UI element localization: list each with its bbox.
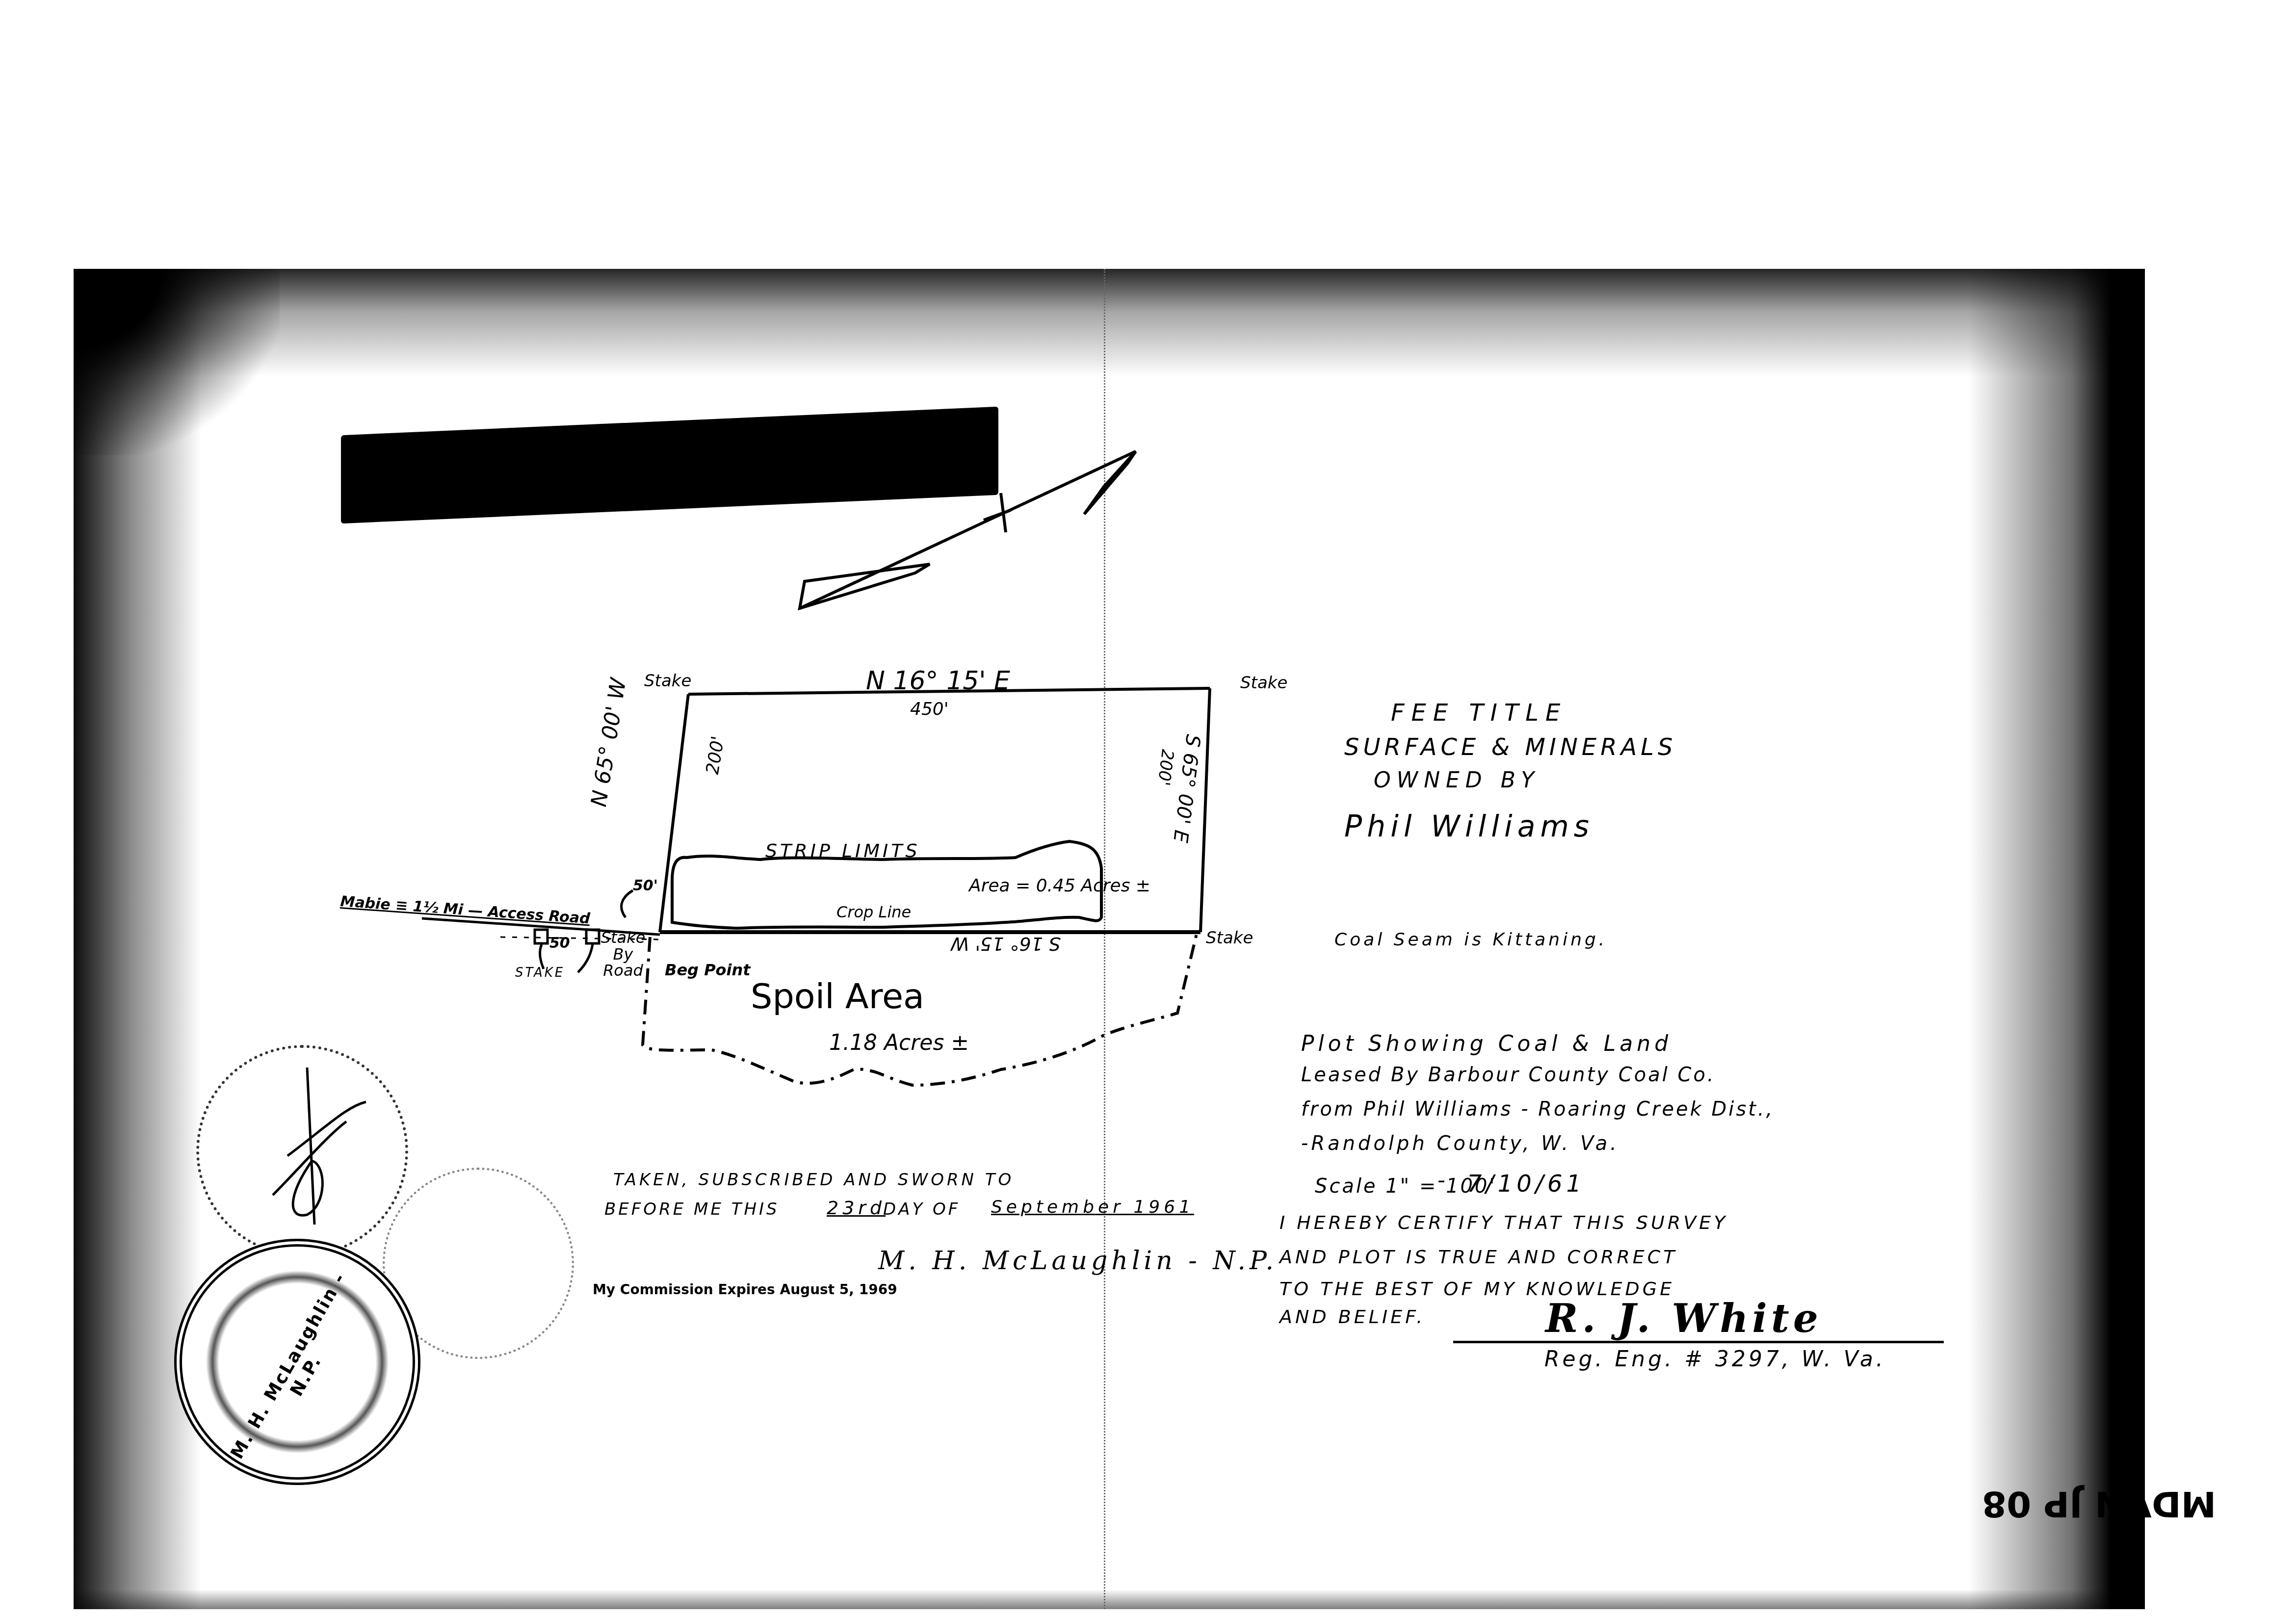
- owner-name: Phil Williams: [1344, 809, 1594, 844]
- surface-minerals-line: SURFACE & MINERALS: [1344, 733, 1677, 761]
- stake-by-road-label: Stake By Road: [599, 930, 648, 979]
- certification-line-1: I HEREBY CERTIFY THAT THIS SURVEY: [1279, 1212, 1728, 1233]
- notary-month-year: September 1961: [991, 1197, 1194, 1217]
- strip-area-label: Area = 0.45 Acres ±: [969, 876, 1150, 896]
- coal-seam-note: Coal Seam is Kittaning.: [1334, 930, 1607, 950]
- stake-label: STAKE: [515, 965, 565, 980]
- offset-label: 50': [633, 877, 658, 894]
- crop-line-label: Crop Line: [836, 903, 911, 921]
- plot-description-line-4: -Randolph County, W. Va.: [1301, 1132, 1619, 1155]
- corner-handwritten-note: MDVN JP 08: [1982, 1487, 2216, 1522]
- fee-title-heading: FEE TITLE: [1391, 699, 1567, 727]
- plot-description-line-3: from Phil Williams - Roaring Creek Dist.…: [1301, 1098, 1774, 1121]
- stake-distance-label: 50: [549, 935, 570, 952]
- corner-label-top-left: Stake: [644, 671, 691, 691]
- corner-label-bottom-right: Stake: [1206, 928, 1253, 948]
- engineer-registration: Reg. Eng. # 3297, W. Va.: [1544, 1347, 1886, 1372]
- plot-date-dash: -: [1437, 1168, 1449, 1193]
- notary-seal: M. H. McLaughlin - N.P.: [174, 1239, 420, 1485]
- north-arrow-icon: [800, 451, 1136, 608]
- certification-line-4: AND BELIEF.: [1279, 1306, 1425, 1328]
- notary-day: 23rd: [827, 1197, 886, 1219]
- spoil-area-label: Spoil Area: [751, 976, 924, 1017]
- north-line-bearing: N 16° 15' E: [866, 666, 1010, 696]
- notary-commission-stamp: My Commission Expires August 5, 1969: [593, 1281, 897, 1298]
- notary-line-2-mid: DAY OF: [883, 1200, 960, 1219]
- strip-limits-label: STRIP LIMITS: [765, 840, 920, 861]
- notary-seal-text: M. H. McLaughlin - N.P.: [222, 1260, 372, 1480]
- south-line-bearing: S 16° 15' W: [951, 933, 1061, 955]
- notary-line-1: TAKEN, SUBSCRIBED AND SWORN TO: [613, 1170, 1014, 1190]
- plot-date: 7/10/61: [1467, 1170, 1585, 1198]
- clerk-seal: [196, 1045, 408, 1257]
- engineer-signature: R. J. White: [1545, 1295, 1822, 1341]
- plot-description-line-1: Plot Showing Coal & Land: [1301, 1031, 1672, 1056]
- owned-by-line: OWNED BY: [1374, 768, 1540, 793]
- plot-description-line-2: Leased By Barbour County Coal Co.: [1301, 1064, 1716, 1086]
- certification-line-2: AND PLOT IS TRUE AND CORRECT: [1279, 1246, 1678, 1268]
- notary-signature: M. H. McLaughlin - N.P.: [878, 1246, 1278, 1276]
- spoil-area-acres: 1.18 Acres ±: [829, 1030, 969, 1055]
- signature-line: [1453, 1341, 1944, 1343]
- seal-signature-scribble: [199, 1048, 405, 1254]
- north-line-distance: 450': [910, 699, 949, 719]
- corner-label-top-right: Stake: [1240, 673, 1287, 693]
- notary-line-2-prefix: BEFORE ME THIS: [604, 1200, 780, 1219]
- beginning-point-label: Beg Point: [665, 961, 751, 979]
